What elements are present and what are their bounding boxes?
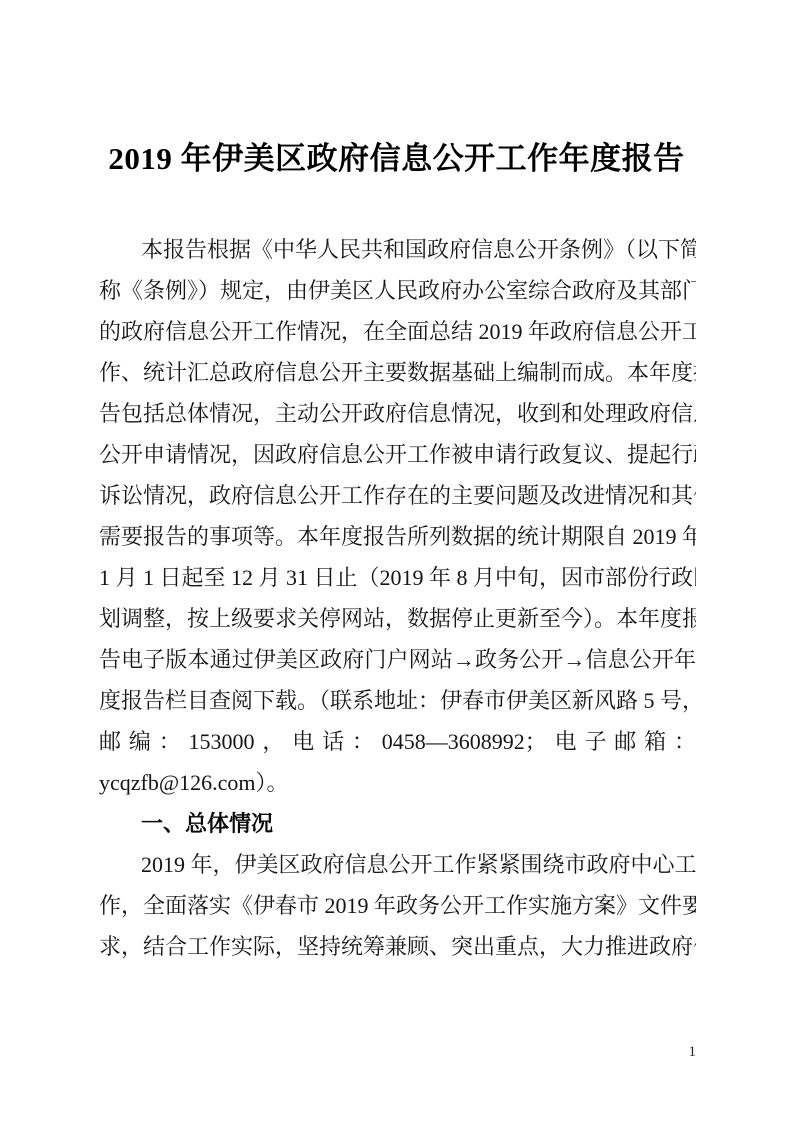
paragraph-line: 度报告栏目查阅下载。（联系地址：伊春市伊美区新风路 5 号， <box>99 680 696 721</box>
paragraph-line: 称《条例》）规定，由伊美区人民政府办公室综合政府及其部门 <box>99 270 696 311</box>
paragraph-line: 需要报告的事项等。本年度报告所列数据的统计期限自 2019 年 <box>99 516 696 557</box>
document-viewport: { "colors": { "background": "#ffffff", "… <box>0 0 793 1122</box>
report-page: 2019 年伊美区政府信息公开工作年度报告 本报告根据《中华人民共和国政府信息公… <box>0 0 793 1122</box>
paragraph-line: 划调整，按上级要求关停网站，数据停止更新至今）。本年度报 <box>99 598 696 639</box>
paragraph-line: 告电子版本通过伊美区政府门户网站→政务公开→信息公开年 <box>99 639 696 680</box>
page-number: 1 <box>689 1043 697 1061</box>
intro-paragraph: 本报告根据《中华人民共和国政府信息公开条例》（以下简 称《条例》）规定，由伊美区… <box>99 229 696 803</box>
section-1-paragraph: 2019 年，伊美区政府信息公开工作紧紧围绕市政府中心工 作，全面落实《伊春市 … <box>99 844 696 967</box>
paragraph-line: ycqzfb@126.com）。 <box>99 762 696 803</box>
paragraph-line: 告包括总体情况，主动公开政府信息情况，收到和处理政府信息 <box>99 393 696 434</box>
paragraph-line: 本报告根据《中华人民共和国政府信息公开条例》（以下简 <box>99 229 696 270</box>
document-body: 本报告根据《中华人民共和国政府信息公开条例》（以下简 称《条例》）规定，由伊美区… <box>99 229 696 967</box>
paragraph-line: 作，全面落实《伊春市 2019 年政务公开工作实施方案》文件要 <box>99 885 696 926</box>
paragraph-line: 公开申请情况，因政府信息公开工作被申请行政复议、提起行政 <box>99 434 696 475</box>
paragraph-line: 作、统计汇总政府信息公开主要数据基础上编制而成。本年度报 <box>99 352 696 393</box>
paragraph-line: 1 月 1 日起至 12 月 31 日止（2019 年 8 月中旬，因市部份行政… <box>99 557 696 598</box>
paragraph-line: 邮编：153000，电话：0458—3608992；电子邮箱： <box>99 721 696 762</box>
paragraph-line: 的政府信息公开工作情况，在全面总结 2019 年政府信息公开工 <box>99 311 696 352</box>
paragraph-line: 求，结合工作实际，坚持统筹兼顾、突出重点，大力推进政府信 <box>99 926 696 967</box>
paragraph-line: 诉讼情况，政府信息公开工作存在的主要问题及改进情况和其他 <box>99 475 696 516</box>
paragraph-line: 2019 年，伊美区政府信息公开工作紧紧围绕市政府中心工 <box>99 844 696 885</box>
section-1-heading: 一、总体情况 <box>99 803 696 844</box>
report-title: 2019 年伊美区政府信息公开工作年度报告 <box>0 136 793 182</box>
